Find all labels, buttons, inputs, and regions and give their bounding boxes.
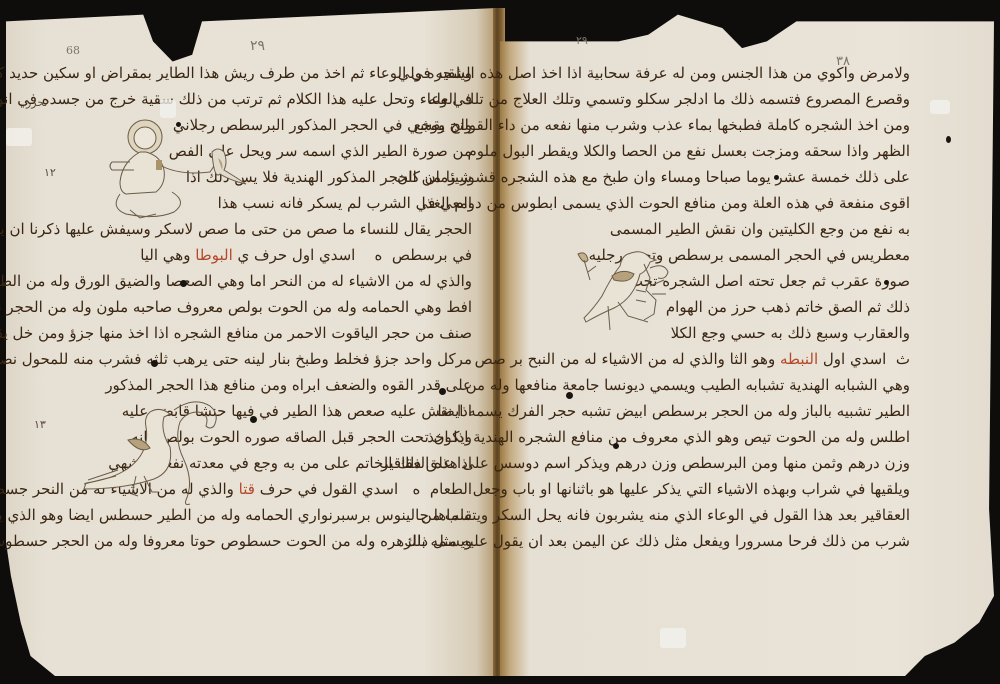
text-line: العقاقير بعد هذا القول في الوعاء الذي من… <box>530 506 910 524</box>
text-line: على ذلك خمسة عشر يوما صباحا ومساء وان طب… <box>530 168 910 186</box>
right-top-mark: ٢٩ <box>576 34 588 47</box>
text-line: به نفع من وجع الكليتين وان نقش الطير الم… <box>650 220 910 238</box>
text-line: والعقارب وسبع ذلك به حسي وجع الكلا <box>670 324 910 342</box>
text-line: من صورة الطير الذي اسمه سر ويحل على الفص <box>252 142 472 160</box>
text-line-rubric: ث اسدي اول النبطه وهو الثا والذي له من ا… <box>530 350 910 368</box>
text-line: ذلك ثم الصق خاتم ذهب حرز من الهوام <box>670 298 910 316</box>
text-line: في وعاء وتحل عليه هذا الكلام ثم ترتب من … <box>62 90 472 108</box>
text-segment: اسدي القول في حرف <box>260 480 398 498</box>
text-line: ولامرض واكوي من هذا الجنس ومن له عرفة سح… <box>530 64 910 82</box>
rubric-word: البوطا <box>195 246 233 264</box>
paper-wear <box>160 100 176 118</box>
left-folio-number: ٢٩ <box>250 38 265 54</box>
text-line: اطلس وله من الحوت تيص وهو الذي معروف من … <box>530 428 910 446</box>
ink-spot <box>613 443 619 449</box>
ink-spot <box>180 280 187 287</box>
text-line: صورة عقرب ثم جعل تحته اصل الشجره تحت <box>670 272 910 290</box>
text-line: صنف من حجر الياقوت الاحمر من منافع الشجر… <box>62 324 472 342</box>
ink-spot <box>566 392 573 399</box>
text-line: على قدر القوه والضعف ابراه ومن منافع هذا… <box>172 376 472 394</box>
text-line: وزن درهم وثمن منها ومن البرسطص وزن درهم … <box>530 454 910 472</box>
paper-wear <box>660 628 686 648</box>
ink-spot <box>946 136 951 143</box>
text-segment: وهي اليا <box>140 246 190 264</box>
seated-falconer-illustration <box>100 112 260 227</box>
text-line: وهي الشبابه الهندية تشبابه الطيب ويسمي د… <box>530 376 910 394</box>
section-mark: ه <box>374 246 382 264</box>
text-line: شرب من ذلك فرحا مسرورا ويفعل مثل ذلك عن … <box>530 532 910 550</box>
text-line: سماها جالينوس برسبرنواري الحمامه وله من … <box>62 506 472 524</box>
text-line: وقصرع المصروع فتسمه ذلك ما ادلجر سكلو وت… <box>530 90 910 108</box>
text-line: ومن اخذ الشجره كاملة فطبخها بماء عذب وشر… <box>530 116 910 134</box>
margin-note: ١٣ <box>34 418 46 431</box>
text-segment: وهو الثا والذي له من الاشياء له من النبح… <box>475 350 776 368</box>
ink-spot <box>439 388 446 395</box>
text-line: الطير تشبيه بالباز وله من الحجر برسطص اب… <box>530 402 910 420</box>
margin-note: ١٢ <box>44 166 56 179</box>
right-folio <box>500 8 994 676</box>
bird-with-serpent-illustration <box>70 398 240 508</box>
pencil-mark: 68 <box>66 44 80 57</box>
text-segment: الطعام <box>430 480 472 498</box>
bird-and-scorpion-illustration <box>568 246 680 336</box>
text-line: الظهر واذا سحقه ومزجت بعسل نفع من الحصا … <box>530 142 910 160</box>
text-line: معطريس في الحجر المسمى برسطص وتحت رجليه <box>670 246 910 264</box>
ink-spot <box>176 122 181 127</box>
text-line: والذي له من الاشياء له من النحر اما وهي … <box>62 272 472 290</box>
left-folio <box>6 8 496 676</box>
text-line: افط وهي الحمامه وله من الحوت بولص معروف … <box>62 298 472 316</box>
rubric-word: قتا <box>239 480 255 498</box>
paper-wear <box>930 100 950 114</box>
rubric-word: النبطه <box>780 350 818 368</box>
paper-wear <box>6 128 32 146</box>
text-segment: اسدي اول <box>823 350 886 368</box>
text-line: اقوى منفعة في هذه العلة ومن منافع الحوت … <box>530 194 910 212</box>
ink-spot <box>774 175 779 180</box>
text-line: مركل واحد جزؤ فخلط وطبخ بنار لينه حتى ير… <box>62 350 472 368</box>
text-line: ويلقيها في شراب وبهذه الاشياء التي يذكر … <box>530 480 910 498</box>
ink-spot <box>250 416 257 423</box>
ink-spot <box>151 360 158 367</box>
section-mark: ه <box>412 480 420 498</box>
section-mark: ث <box>896 350 910 368</box>
text-segment: اسدي اول حرف ي <box>238 246 356 264</box>
text-line-rubric: في برسطص ه اسدي اول حرف ي البوطا وهي الي… <box>62 246 472 264</box>
ink-spot <box>884 280 889 285</box>
text-segment: في برسطص <box>392 246 472 264</box>
